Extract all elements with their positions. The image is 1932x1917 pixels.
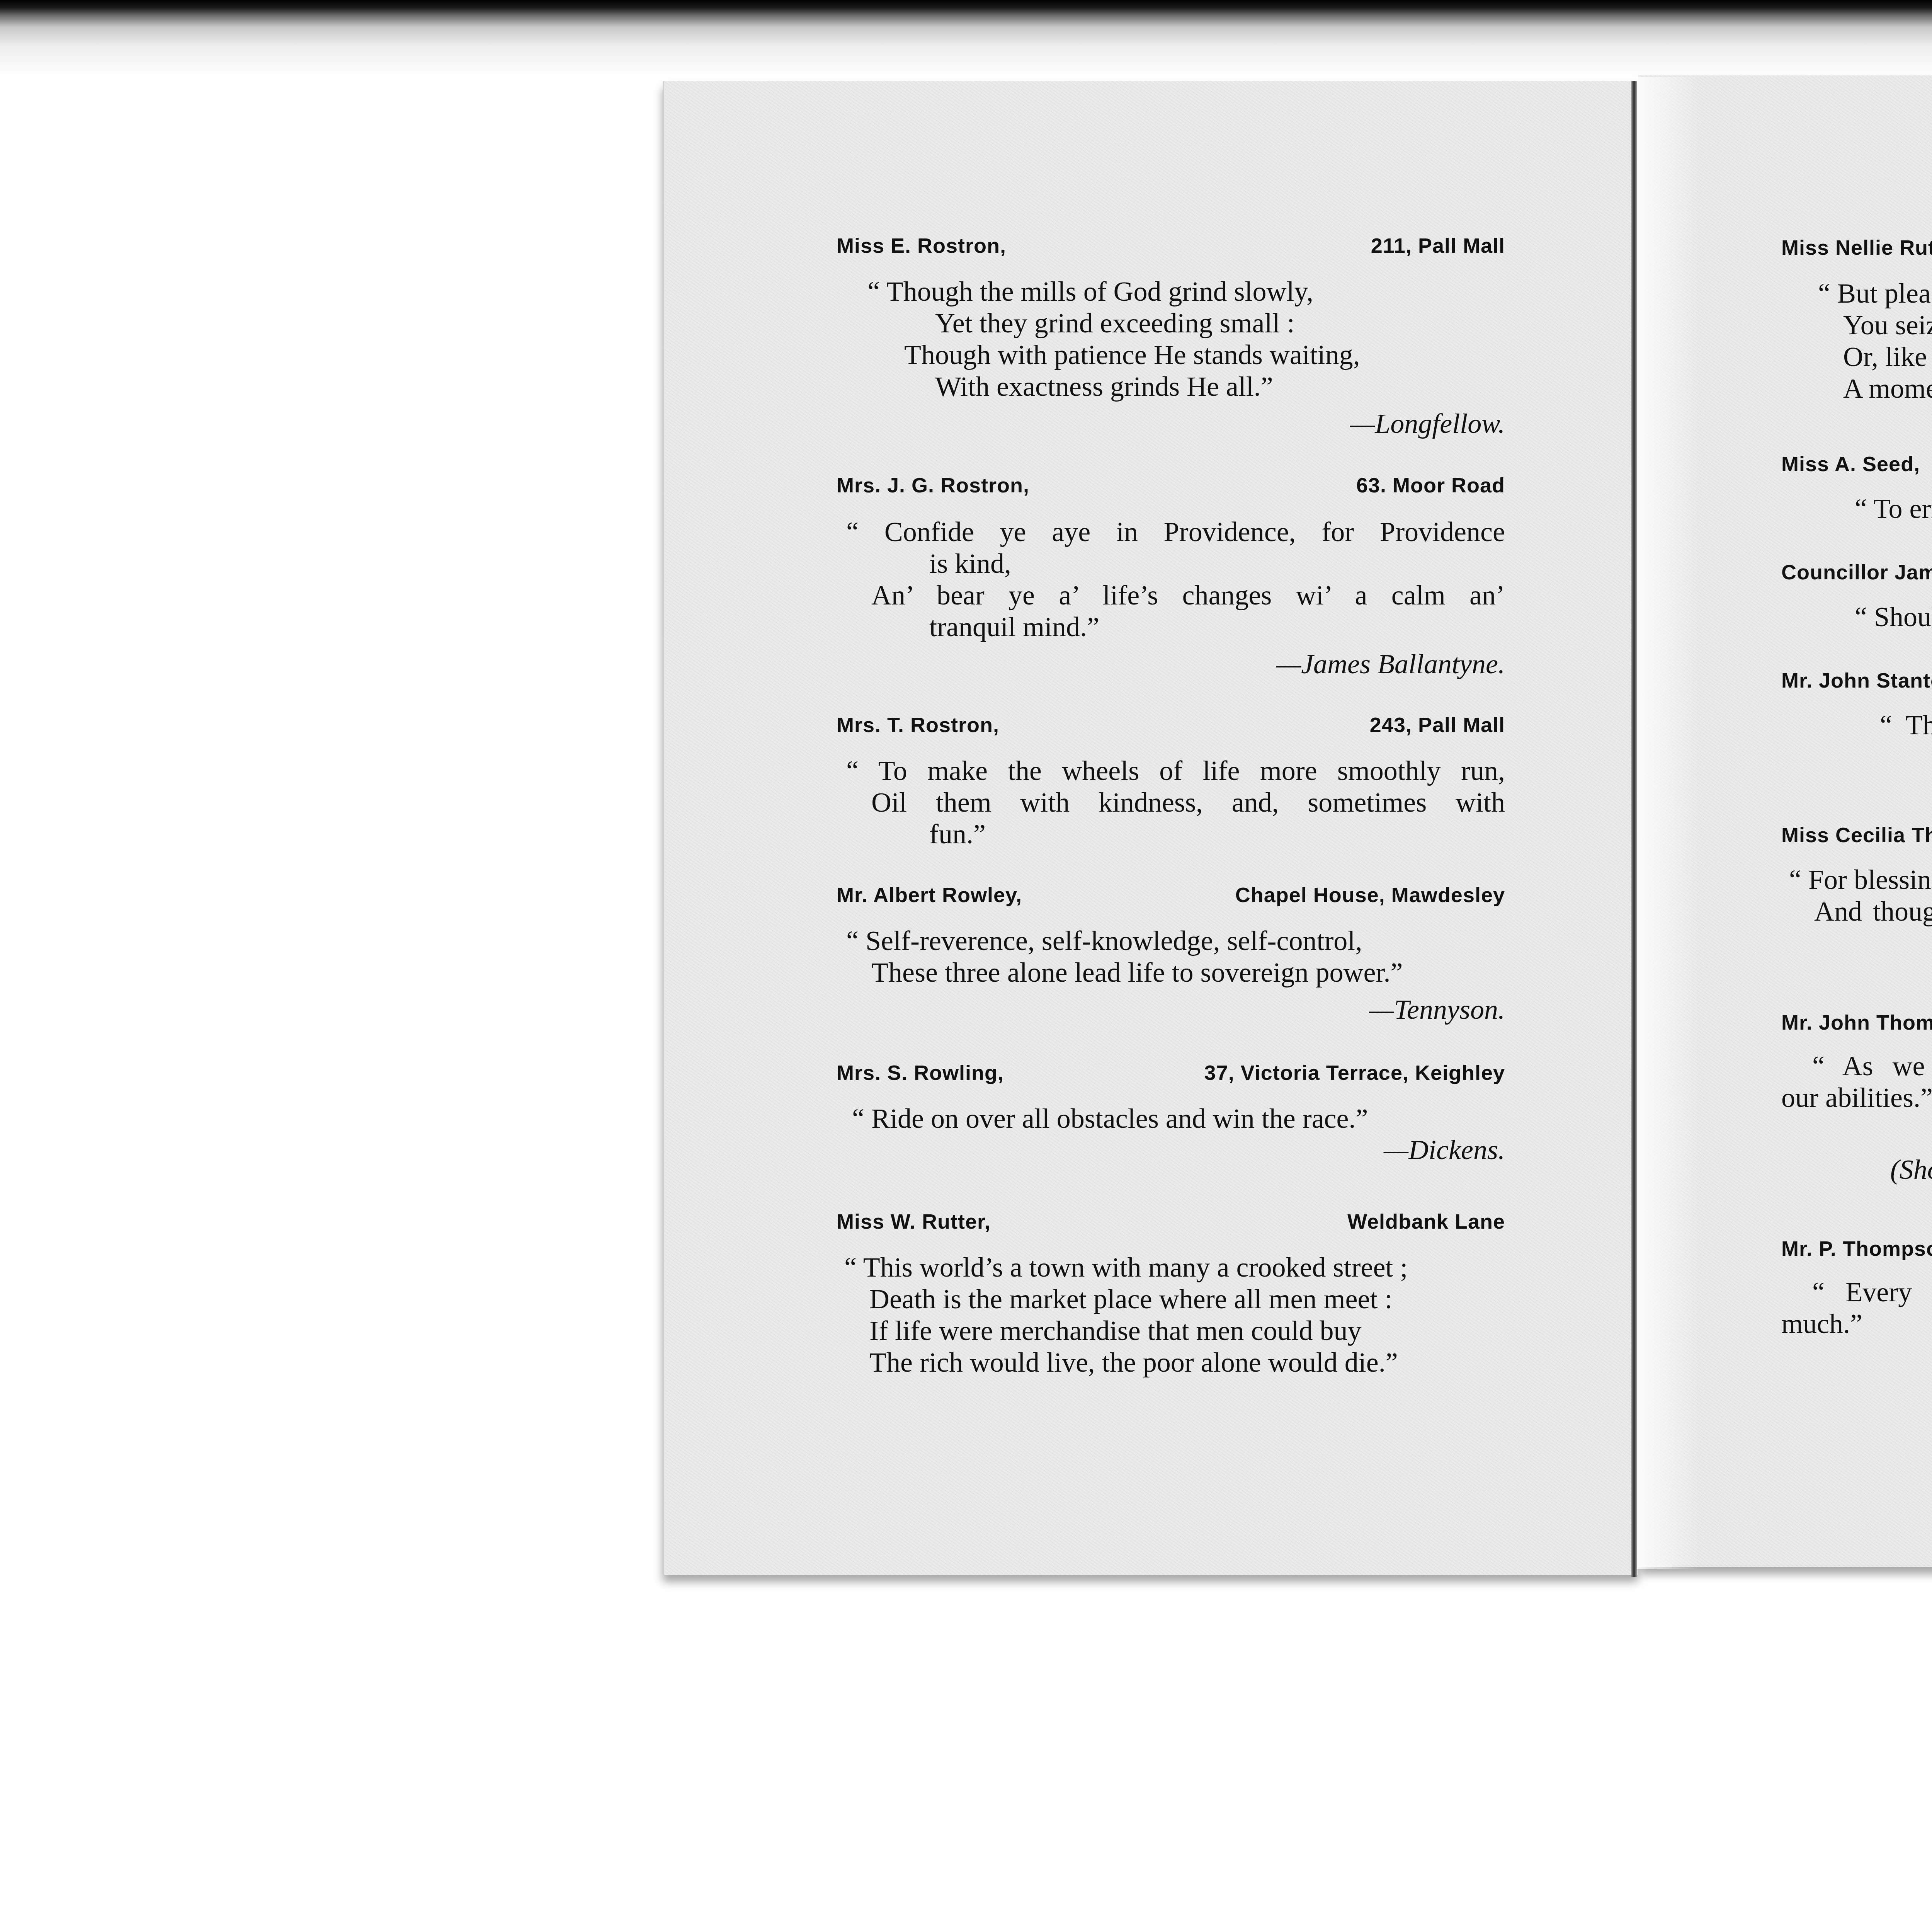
quote-line: tranquil mind.” — [837, 611, 1505, 643]
entry-e-rostron: Miss E. Rostron, 211, Pall Mall “ Though… — [837, 234, 1505, 441]
quote-line: “ Should auld acquaintance be forgot.” — [1781, 601, 1932, 633]
quote-line: fun.” — [837, 818, 1505, 850]
entry-source-note: (Short Studies on Great Subjects : “ Edu… — [1781, 1152, 1932, 1187]
entry-w-rutter: Miss W. Rutter, Weldbank Lane “ This wor… — [837, 1210, 1505, 1378]
quote-line: is kind, — [837, 548, 1505, 579]
quote-line: “ For blessings ever wait on virtuous de… — [1781, 864, 1932, 896]
quote-line: “ But pleasures are like poppies spread, — [1781, 278, 1932, 309]
entry-quote: “ To make the wheels of life more smooth… — [837, 755, 1505, 850]
entry-p-thompson: Mr. P. Thompson, St. Mary’s Schools “ Ev… — [1781, 1237, 1932, 1378]
entry-john-thompson: Mr. John Thompson, St. Mary’s Schools “ … — [1781, 1011, 1932, 1187]
entry-address: Chapel House, Mawdesley — [1235, 883, 1505, 907]
quote-line: Yet they grind exceeding small : — [837, 307, 1505, 339]
quote-line: Or, like the snowflake on the river, — [1781, 341, 1932, 373]
entry-quote: “ Every man is wanted, but no man is wan… — [1781, 1276, 1932, 1340]
entry-quote: “ For blessings ever wait on virtuous de… — [1781, 864, 1932, 927]
entry-address: 37, Victoria Terrace, Keighley — [1204, 1061, 1505, 1085]
entry-quote: “ There’s now’t as quare as folk.” — [1781, 709, 1932, 741]
entry-attribution: —Tennyson. — [837, 992, 1505, 1027]
entry-attribution: —Congreve. — [1781, 931, 1932, 966]
quote-line: our abilities.” — [1781, 1082, 1932, 1113]
entry-heading: Mrs. J. G. Rostron, 63. Moor Road — [837, 473, 1505, 504]
entry-heading: Mr. John Stanton, West View — [1781, 669, 1932, 700]
entry-attribution: —Longfellow. — [837, 406, 1505, 441]
entry-address: Weldbank Lane — [1347, 1210, 1505, 1234]
quote-line: Oil them with kindness, and, sometimes w… — [837, 787, 1505, 818]
quote-line: Death is the market place where all men … — [837, 1283, 1505, 1315]
entry-quote: “ Self-reverence, self-knowledge, self-c… — [837, 925, 1505, 988]
entry-heading: Miss W. Rutter, Weldbank Lane — [837, 1210, 1505, 1241]
entry-heading: Mrs. S. Rowling, 37, Victoria Terrace, K… — [837, 1061, 1505, 1092]
quote-line: And though a late, a sure reward succeed… — [1781, 896, 1932, 927]
entry-quote: “ Confide ye aye in Providence, for Prov… — [837, 516, 1505, 643]
entry-quote: “ This world’s a town with many a crooke… — [837, 1251, 1505, 1378]
entry-name: Mrs. S. Rowling, — [837, 1061, 1004, 1085]
quote-line: “ Ride on over all obstacles and win the… — [837, 1103, 1505, 1134]
booklet-spine — [1631, 81, 1637, 1577]
entry-name: Miss W. Rutter, — [837, 1210, 991, 1234]
entry-name: Mr. P. Thompson, — [1781, 1237, 1932, 1261]
quote-line: If life were merchandise that men could … — [837, 1315, 1505, 1347]
entry-address: 211, Pall Mall — [1371, 234, 1505, 258]
entry-attribution: —Emerson. — [1781, 1343, 1932, 1378]
entry-name: Miss Cecilia Thompson, — [1781, 823, 1932, 847]
quote-line: A moment seen, then lost for ever.” — [1781, 373, 1932, 404]
entry-cecilia-thompson: Miss Cecilia Thompson, 25, Queen’s Road … — [1781, 823, 1932, 966]
entry-heading: Miss A. Seed, Pall Mall — [1781, 452, 1932, 483]
entry-albert-rowley: Mr. Albert Rowley, Chapel House, Mawdesl… — [837, 883, 1505, 1027]
entry-heading: Councillor James Smith, Hindley — [1781, 560, 1932, 591]
quote-line: “ As we advance in life, we learn the li… — [1781, 1050, 1932, 1082]
entry-name: Miss A. Seed, — [1781, 452, 1920, 476]
entry-quote: “ As we advance in life, we learn the li… — [1781, 1050, 1932, 1113]
entry-s-rowling: Mrs. S. Rowling, 37, Victoria Terrace, K… — [837, 1061, 1505, 1167]
entry-quote: “ Though the mills of God grind slowly, … — [837, 276, 1505, 402]
entry-name: Mrs. J. G. Rostron, — [837, 473, 1029, 497]
quote-line: Though with patience He stands waiting, — [837, 339, 1505, 371]
entry-t-rostron: Mrs. T. Rostron, 243, Pall Mall “ To mak… — [837, 713, 1505, 850]
entry-quote: “ To err is human, to forgive divine.” — [1781, 493, 1932, 524]
quote-line: With exactness grinds He all.” — [837, 371, 1505, 402]
entry-heading: Mr. Albert Rowley, Chapel House, Mawdesl… — [837, 883, 1505, 914]
quote-line: “ Every man is wanted, but no man is wan… — [1781, 1276, 1932, 1308]
quote-line: “ Confide ye aye in Providence, for Prov… — [837, 516, 1505, 548]
quote-line: An’ bear ye a’ life’s changes wi’ a calm… — [837, 579, 1505, 611]
entry-nellie-rutter: Miss Nellie Rutter, Weldbank Lane “ But … — [1781, 236, 1932, 404]
entry-quote: “ Should auld acquaintance be forgot.” — [1781, 601, 1932, 633]
entry-heading: Miss E. Rostron, 211, Pall Mall — [837, 234, 1505, 265]
entry-a-seed: Miss A. Seed, Pall Mall “ To err is huma… — [1781, 452, 1932, 524]
entry-attribution: —Dickens. — [837, 1132, 1505, 1167]
spine-gutter-shade — [1637, 77, 1699, 1569]
entry-quote: “ But pleasures are like poppies spread,… — [1781, 278, 1932, 404]
entry-heading: Mr. P. Thompson, St. Mary’s Schools — [1781, 1237, 1932, 1268]
entry-name: Miss Nellie Rutter, — [1781, 236, 1932, 260]
entry-quote: “ Ride on over all obstacles and win the… — [837, 1103, 1505, 1134]
entry-attribution: —Daniel Heald, Bellman, Chorley. — [1781, 741, 1932, 776]
quote-line: These three alone lead life to sovereign… — [837, 957, 1505, 988]
entry-name: Mrs. T. Rostron, — [837, 713, 999, 737]
quote-line: “ There’s now’t as quare as folk.” — [1781, 709, 1932, 741]
entry-address: 243, Pall Mall — [1370, 713, 1505, 737]
entry-attribution: —Froude. — [1781, 1117, 1932, 1152]
entry-name: Miss E. Rostron, — [837, 234, 1006, 258]
quote-line: “ To make the wheels of life more smooth… — [837, 755, 1505, 787]
quote-line: “ This world’s a town with many a crooke… — [837, 1251, 1505, 1283]
entry-name: Mr. Albert Rowley, — [837, 883, 1022, 907]
entry-john-stanton: Mr. John Stanton, West View “ There’s no… — [1781, 669, 1932, 776]
entry-james-smith: Councillor James Smith, Hindley “ Should… — [1781, 560, 1932, 633]
entry-address: 63. Moor Road — [1356, 473, 1505, 497]
quote-line: The rich would live, the poor alone woul… — [837, 1347, 1505, 1378]
entry-heading: Miss Nellie Rutter, Weldbank Lane — [1781, 236, 1932, 267]
entry-heading: Mrs. T. Rostron, 243, Pall Mall — [837, 713, 1505, 744]
entry-heading: Mr. John Thompson, St. Mary’s Schools — [1781, 1011, 1932, 1042]
entry-jg-rostron: Mrs. J. G. Rostron, 63. Moor Road “ Conf… — [837, 473, 1505, 681]
quote-line: “ Self-reverence, self-knowledge, self-c… — [837, 925, 1505, 957]
quote-line: “ Though the mills of God grind slowly, — [837, 276, 1505, 307]
entry-name: Mr. John Stanton, — [1781, 669, 1932, 693]
entry-name: Councillor James Smith, — [1781, 560, 1932, 584]
quote-line: You seize the flower, its bloom is shed … — [1781, 309, 1932, 341]
entry-attribution: —James Ballantyne. — [837, 647, 1505, 681]
quote-line: “ To err is human, to forgive divine.” — [1781, 493, 1932, 524]
quote-line: much.” — [1781, 1308, 1932, 1340]
entry-heading: Miss Cecilia Thompson, 25, Queen’s Road — [1781, 823, 1932, 854]
entry-name: Mr. John Thompson, — [1781, 1011, 1932, 1035]
